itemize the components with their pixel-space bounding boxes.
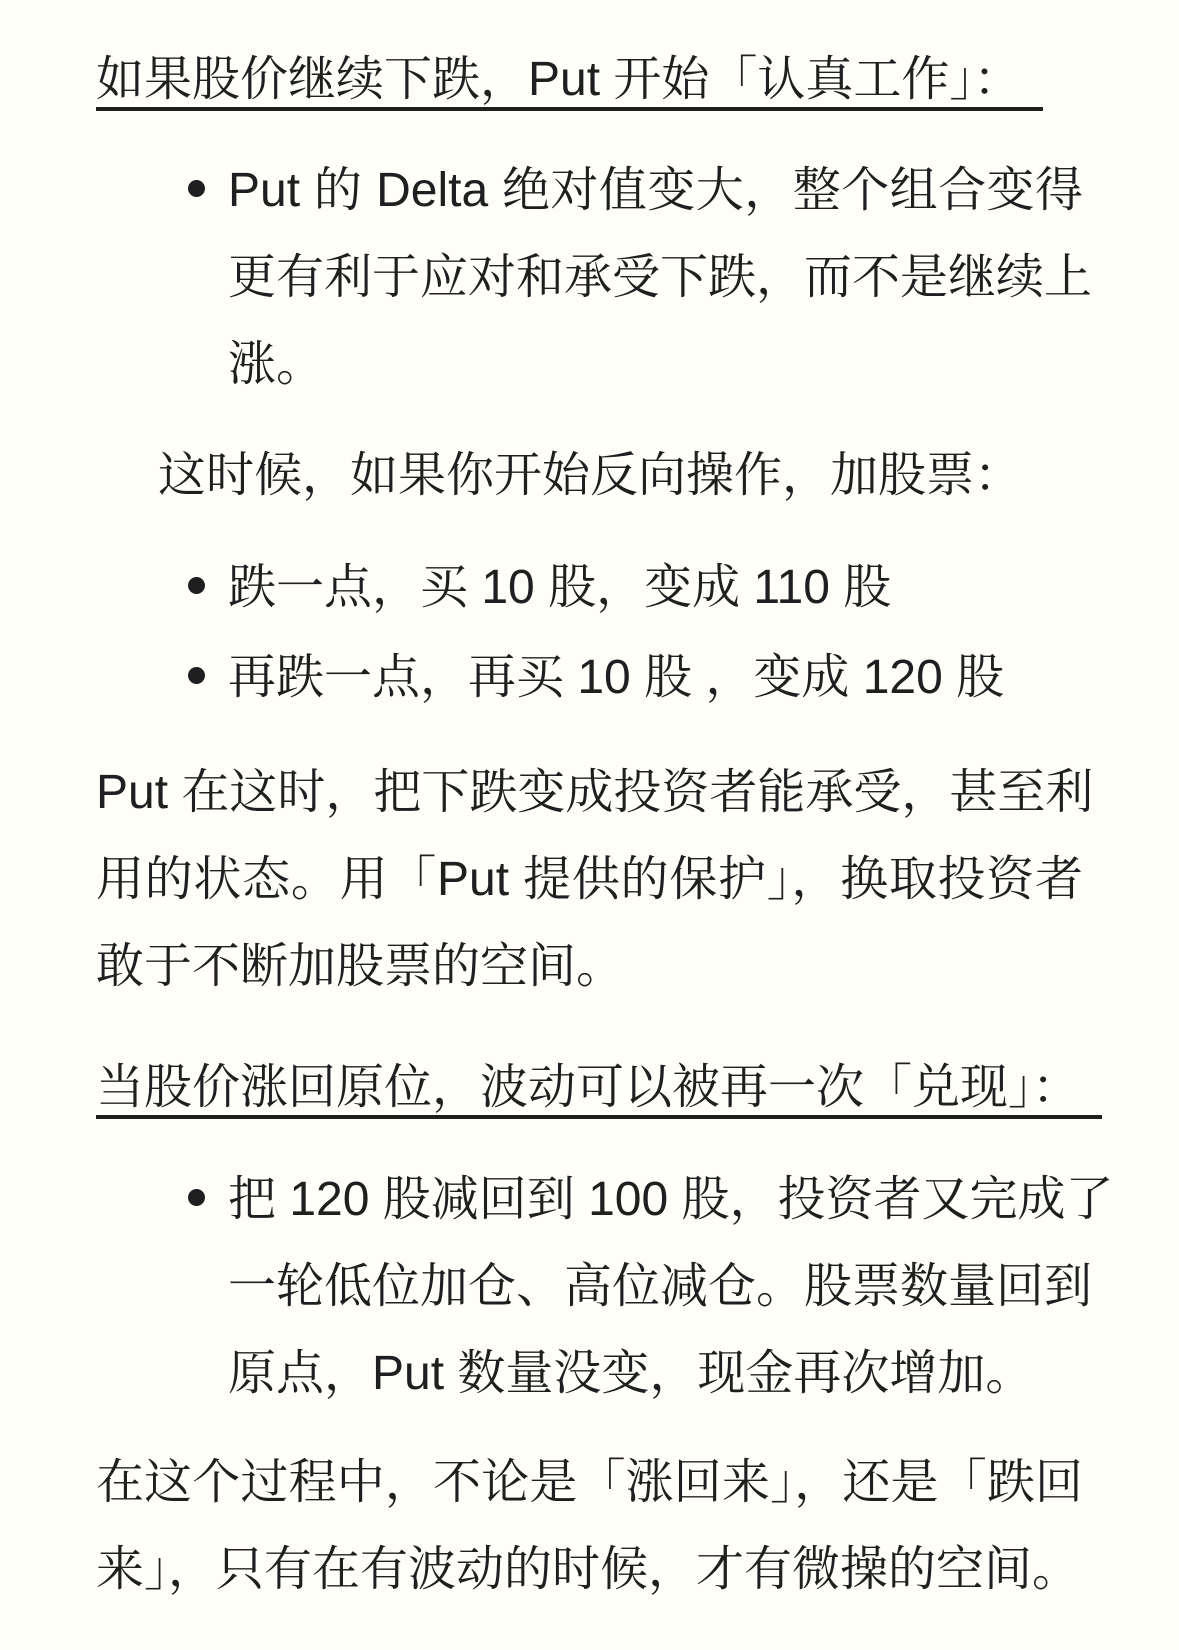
text-line: 敢于不断加股票的空间。 [96,923,1083,1010]
list-item: 把 120 股减回到 100 股，投资者又完成了 一轮低位加仓、高位减仓。股票数… [228,1156,1083,1417]
heading-1-underlined-text: 如果股价继续下跌，Put 开始「认真工作」： [96,53,1043,111]
text-line: 跌一点，买 10 股，变成 110 股 [228,544,1083,631]
text-line: Put 的 Delta 绝对值变大，整个组合变得 [228,147,1083,234]
heading-put-starts-working: 如果股价继续下跌，Put 开始「认真工作」： [96,36,1083,123]
para-micro-operation-space: 在这个过程中，不论是「涨回来」，还是「跌回 来」，只有在有波动的时候，才有微操的… [96,1439,1083,1613]
text-line: 在这个过程中，不论是「涨回来」，还是「跌回 [96,1439,1083,1526]
list-item: Put 的 Delta 绝对值变大，整个组合变得 更有利于应对和承受下跌，而不是… [228,147,1083,408]
list-item: 再跌一点，再买 10 股 ，变成 120 股 [228,634,1083,721]
list-buy-steps: 跌一点，买 10 股，变成 110 股 再跌一点，再买 10 股 ，变成 120… [96,544,1083,721]
text-line: 涨。 [228,321,1083,408]
bullet-icon [188,667,205,684]
text-line: 用的状态。用「Put 提供的保护」，换取投资者 [96,836,1083,923]
text-line: Put 在这时，把下跌变成投资者能承受，甚至利 [96,749,1083,836]
list-delta-effect: Put 的 Delta 绝对值变大，整个组合变得 更有利于应对和承受下跌，而不是… [96,147,1083,408]
list-item: 跌一点，买 10 股，变成 110 股 [228,544,1083,631]
para-reverse-operation: 这时候，如果你开始反向操作，加股票： [158,432,1083,519]
bullet-icon [188,577,205,594]
text-line: 原点，Put 数量没变，现金再次增加。 [228,1330,1083,1417]
bullet-icon [188,180,205,197]
heading-2-underlined-text: 当股价涨回原位，波动可以被再一次「兑现」： [96,1061,1102,1119]
heading-volatility-cashed: 当股价涨回原位，波动可以被再一次「兑现」： [96,1044,1083,1131]
text-line: 一轮低位加仓、高位减仓。股票数量回到 [228,1243,1083,1330]
article-page: { "theme": { "background": "#FFFEF8", "t… [0,0,1179,1650]
bullet-icon [188,1189,205,1206]
list-reduce-shares: 把 120 股减回到 100 股，投资者又完成了 一轮低位加仓、高位减仓。股票数… [96,1156,1083,1417]
text-line: 更有利于应对和承受下跌，而不是继续上 [228,234,1083,321]
text-line: 再跌一点，再买 10 股 ，变成 120 股 [228,634,1083,721]
text-line: 来」，只有在有波动的时候，才有微操的空间。 [96,1526,1083,1613]
text-line: 把 120 股减回到 100 股，投资者又完成了 [228,1156,1083,1243]
para-put-protection: Put 在这时，把下跌变成投资者能承受，甚至利 用的状态。用「Put 提供的保护… [96,749,1083,1010]
